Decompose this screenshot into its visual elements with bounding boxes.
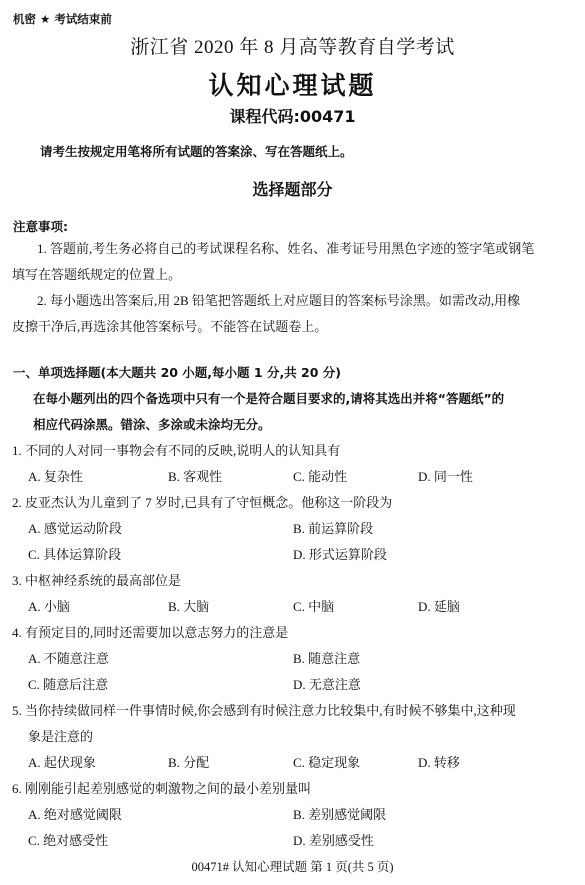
question-4-stem: 4. 有预定目的,同时还需要加以意志努力的注意是 xyxy=(12,622,288,641)
exam-title: 浙江省 2020 年 8 月高等教育自学考试 xyxy=(0,32,585,59)
question-2-stem: 2. 皮亚杰认为儿童到了 7 岁时,已具有了守恒概念。他称这一阶段为 xyxy=(12,492,392,511)
question-4-option-d: D. 无意注意 xyxy=(293,674,361,693)
question-2-option-b: B. 前运算阶段 xyxy=(293,518,373,537)
question-3-option-d: D. 延脑 xyxy=(418,596,460,615)
note-2-line-1: 2. 每小题选出答案后,用 2B 铅笔把答题纸上对应题目的答案标号涂黑。如需改动… xyxy=(37,290,520,309)
question-6-option-c: C. 绝对感受性 xyxy=(28,830,108,849)
section-heading: 选择题部分 xyxy=(0,177,585,200)
question-1-option-a: A. 复杂性 xyxy=(28,466,83,485)
question-1-option-d: D. 同一性 xyxy=(418,466,473,485)
question-3-stem: 3. 中枢神经系统的最高部位是 xyxy=(12,570,181,589)
question-6-stem: 6. 刚刚能引起差别感觉的刺激物之间的最小差别量叫 xyxy=(12,778,311,797)
question-3-option-c: C. 中脑 xyxy=(293,596,334,615)
question-4-option-b: B. 随意注意 xyxy=(293,648,360,667)
question-5-stem-continued: 象是注意的 xyxy=(28,726,93,745)
note-2-line-2: 皮擦干净后,再选涂其他答案标号。不能答在试题卷上。 xyxy=(12,316,327,335)
question-4-option-c: C. 随意后注意 xyxy=(28,674,108,693)
question-3-option-a: A. 小脑 xyxy=(28,596,70,615)
course-code: 课程代码:00471 xyxy=(0,104,585,127)
question-1-option-b: B. 客观性 xyxy=(168,466,222,485)
question-5-stem: 5. 当你持续做同样一件事情时候,你会感到有时候注意力比较集中,有时候不够集中,… xyxy=(12,700,516,719)
question-2-option-d: D. 形式运算阶段 xyxy=(293,544,387,563)
question-2-option-c: C. 具体运算阶段 xyxy=(28,544,121,563)
question-4-option-a: A. 不随意注意 xyxy=(28,648,109,667)
note-1-line-2: 填写在答题纸规定的位置上。 xyxy=(12,264,181,283)
subject-title: 认知心理试题 xyxy=(0,66,585,102)
question-3-option-b: B. 大脑 xyxy=(168,596,209,615)
question-5-option-c: C. 稳定现象 xyxy=(293,752,360,771)
question-2-option-a: A. 感觉运动阶段 xyxy=(28,518,122,537)
question-6-option-b: B. 差别感觉阈限 xyxy=(293,804,386,823)
part-one-heading: 一、单项选择题(本大题共 20 小题,每小题 1 分,共 20 分) xyxy=(13,363,341,381)
page-footer: 00471# 认知心理试题 第 1 页(共 5 页) xyxy=(0,857,585,875)
question-5-option-b: B. 分配 xyxy=(168,752,209,771)
question-1-option-c: C. 能动性 xyxy=(293,466,347,485)
question-1-stem: 1. 不同的人对同一事物会有不同的反映,说明人的认知具有 xyxy=(12,440,340,459)
notes-title: 注意事项: xyxy=(13,217,68,235)
question-5-option-a: A. 起伏现象 xyxy=(28,752,96,771)
question-6-option-d: D. 差别感受性 xyxy=(293,830,374,849)
question-6-option-a: A. 绝对感觉阈限 xyxy=(28,804,122,823)
part-one-description-line-2: 相应代码涂黑。错涂、多涂或未涂均无分。 xyxy=(33,415,271,433)
confidential-mark: 机密 ★ 考试结束前 xyxy=(13,11,112,27)
question-5-option-d: D. 转移 xyxy=(418,752,460,771)
general-instruction: 请考生按规定用笔将所有试题的答案涂、写在答题纸上。 xyxy=(40,142,353,160)
note-1-line-1: 1. 答题前,考生务必将自己的考试课程名称、姓名、准考证号用黑色字迹的签字笔或钢… xyxy=(37,238,534,257)
part-one-description-line-1: 在每小题列出的四个备选项中只有一个是符合题目要求的,请将其选出并将“答题纸”的 xyxy=(33,389,504,407)
